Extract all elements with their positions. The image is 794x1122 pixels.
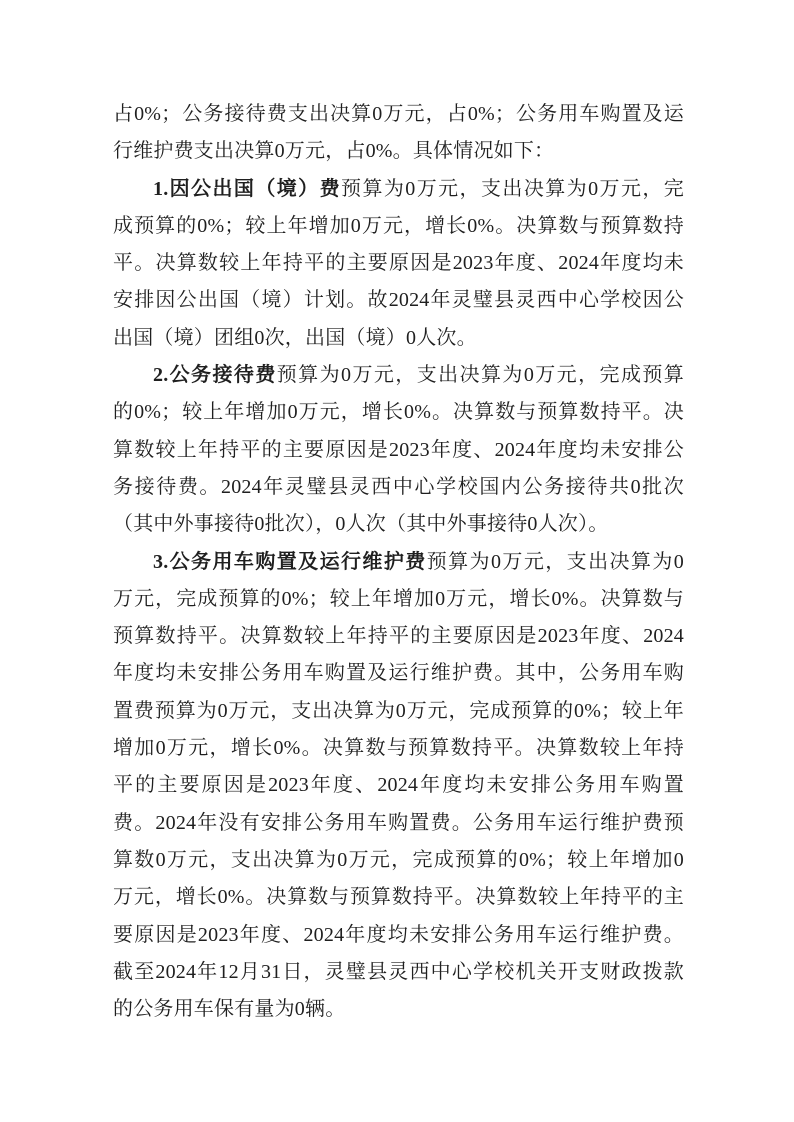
text-line: 成预算的0%；较上年增加0万元，增长0%。决算数与预算数持 — [113, 208, 684, 245]
body-text: 截至2024年12月31日，灵璧县灵西中心学校机关开支财政拨款 — [113, 961, 684, 983]
body-text: 平。决算数较上年持平的主要原因是2023年度、2024年度均未 — [113, 252, 684, 274]
text-line: 3.公务用车购置及运行维护费预算为0万元，支出决算为0 — [113, 544, 684, 581]
text-line: 年度均未安排公务用车购置及运行维护费。其中，公务用车购 — [113, 655, 684, 692]
text-line: 要原因是2023年度、2024年度均未安排公务用车运行维护费。 — [113, 917, 684, 954]
body-text: 预算为0万元，支出决算为0 — [427, 551, 684, 573]
text-line: 平的主要原因是2023年度、2024年度均未安排公务用车购置 — [113, 767, 684, 804]
text-line: 2.公务接待费预算为0万元，支出决算为0万元，完成预算 — [113, 357, 684, 394]
body-text: 务接待费。2024年灵璧县灵西中心学校国内公务接待共0批次 — [113, 476, 684, 498]
body-text: 出国（境）团组0次，出国（境）0人次。 — [113, 327, 477, 349]
text-line: 务接待费。2024年灵璧县灵西中心学校国内公务接待共0批次 — [113, 469, 684, 506]
text-line: 增加0万元，增长0%。决算数与预算数持平。决算数较上年持 — [113, 730, 684, 767]
body-text: 预算为0万元，支出决算为0万元，完 — [341, 178, 684, 200]
paragraph: 占0%；公务接待费支出决算0万元，占0%；公务用车购置及运行维护费支出决算0万元… — [113, 96, 684, 171]
body-text: 占0%；公务接待费支出决算0万元，占0%；公务用车购置及运 — [113, 103, 684, 125]
body-text: 行维护费支出决算0万元，占0%。具体情况如下： — [113, 140, 554, 162]
text-line: 的公务用车保有量为0辆。 — [113, 991, 684, 1028]
section-heading: 2.公务接待费 — [153, 364, 277, 386]
text-line: 算数0万元，支出决算为0万元，完成预算的0%；较上年增加0 — [113, 842, 684, 879]
body-text: 置费预算为0万元，支出决算为0万元，完成预算的0%；较上年 — [113, 700, 684, 722]
document-page: 占0%；公务接待费支出决算0万元，占0%；公务用车购置及运行维护费支出决算0万元… — [0, 0, 794, 1122]
body-text: 年度均未安排公务用车购置及运行维护费。其中，公务用车购 — [113, 662, 684, 684]
body-text: 成预算的0%；较上年增加0万元，增长0%。决算数与预算数持 — [113, 215, 684, 237]
text-line: 费。2024年没有安排公务用车购置费。公务用车运行维护费预 — [113, 805, 684, 842]
text-line: 占0%；公务接待费支出决算0万元，占0%；公务用车购置及运 — [113, 96, 684, 133]
text-line: 置费预算为0万元，支出决算为0万元，完成预算的0%；较上年 — [113, 693, 684, 730]
section-heading: 1.因公出国（境）费 — [153, 178, 341, 200]
section-heading: 3.公务用车购置及运行维护费 — [153, 551, 427, 573]
document-body: 占0%；公务接待费支出决算0万元，占0%；公务用车购置及运行维护费支出决算0万元… — [113, 96, 684, 1028]
text-line: 算数较上年持平的主要原因是2023年度、2024年度均未安排公 — [113, 432, 684, 469]
text-line: 出国（境）团组0次，出国（境）0人次。 — [113, 320, 684, 357]
paragraph: 3.公务用车购置及运行维护费预算为0万元，支出决算为0万元，完成预算的0%；较上… — [113, 544, 684, 1029]
body-text: 算数0万元，支出决算为0万元，完成预算的0%；较上年增加0 — [113, 849, 684, 871]
body-text: 算数较上年持平的主要原因是2023年度、2024年度均未安排公 — [113, 439, 684, 461]
body-text: 增加0万元，增长0%。决算数与预算数持平。决算数较上年持 — [113, 737, 684, 759]
body-text: 安排因公出国（境）计划。故2024年灵璧县灵西中心学校因公 — [113, 289, 684, 311]
text-line: 截至2024年12月31日，灵璧县灵西中心学校机关开支财政拨款 — [113, 954, 684, 991]
body-text: 预算数持平。决算数较上年持平的主要原因是2023年度、2024 — [113, 625, 684, 647]
text-line: 万元，增长0%。决算数与预算数持平。决算数较上年持平的主 — [113, 879, 684, 916]
body-text: 的公务用车保有量为0辆。 — [113, 998, 345, 1020]
text-line: 安排因公出国（境）计划。故2024年灵璧县灵西中心学校因公 — [113, 282, 684, 319]
body-text: 平的主要原因是2023年度、2024年度均未安排公务用车购置 — [113, 774, 684, 796]
text-line: 的0%；较上年增加0万元，增长0%。决算数与预算数持平。决 — [113, 394, 684, 431]
body-text: 费。2024年没有安排公务用车购置费。公务用车运行维护费预 — [113, 812, 684, 834]
text-line: 1.因公出国（境）费预算为0万元，支出决算为0万元，完 — [113, 171, 684, 208]
paragraph: 2.公务接待费预算为0万元，支出决算为0万元，完成预算的0%；较上年增加0万元，… — [113, 357, 684, 543]
body-text: 万元，增长0%。决算数与预算数持平。决算数较上年持平的主 — [113, 886, 684, 908]
text-line: 万元，完成预算的0%；较上年增加0万元，增长0%。决算数与 — [113, 581, 684, 618]
text-line: 行维护费支出决算0万元，占0%。具体情况如下： — [113, 133, 684, 170]
text-line: （其中外事接待0批次），0人次（其中外事接待0人次）。 — [113, 506, 684, 543]
body-text: （其中外事接待0批次），0人次（其中外事接待0人次）。 — [113, 513, 608, 535]
body-text: 预算为0万元，支出决算为0万元，完成预算 — [277, 364, 684, 386]
body-text: 的0%；较上年增加0万元，增长0%。决算数与预算数持平。决 — [113, 401, 684, 423]
text-line: 平。决算数较上年持平的主要原因是2023年度、2024年度均未 — [113, 245, 684, 282]
paragraph: 1.因公出国（境）费预算为0万元，支出决算为0万元，完成预算的0%；较上年增加0… — [113, 171, 684, 357]
body-text: 要原因是2023年度、2024年度均未安排公务用车运行维护费。 — [113, 924, 684, 946]
body-text: 万元，完成预算的0%；较上年增加0万元，增长0%。决算数与 — [113, 588, 684, 610]
text-line: 预算数持平。决算数较上年持平的主要原因是2023年度、2024 — [113, 618, 684, 655]
